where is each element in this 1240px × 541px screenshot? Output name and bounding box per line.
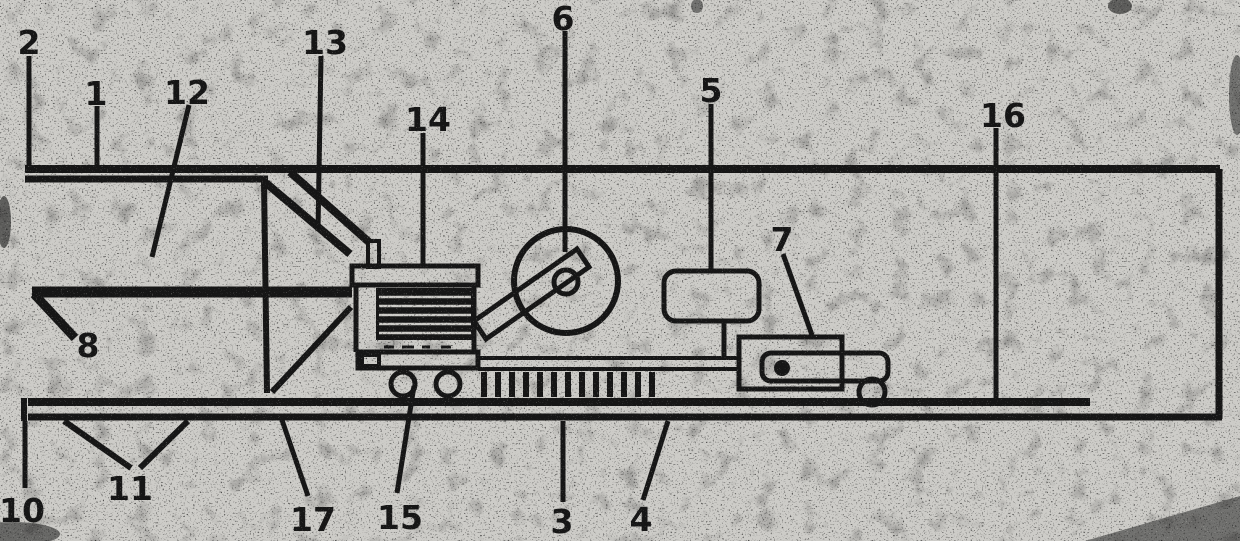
scan-noise-white-specks — [0, 0, 1240, 541]
scanned-schematic-page: 1 2 3 4 5 6 7 8 10 11 12 13 14 15 16 17 — [0, 0, 1240, 541]
schematic-svg: 1 2 3 4 5 6 7 8 10 11 12 13 14 15 16 17 — [0, 0, 1240, 541]
